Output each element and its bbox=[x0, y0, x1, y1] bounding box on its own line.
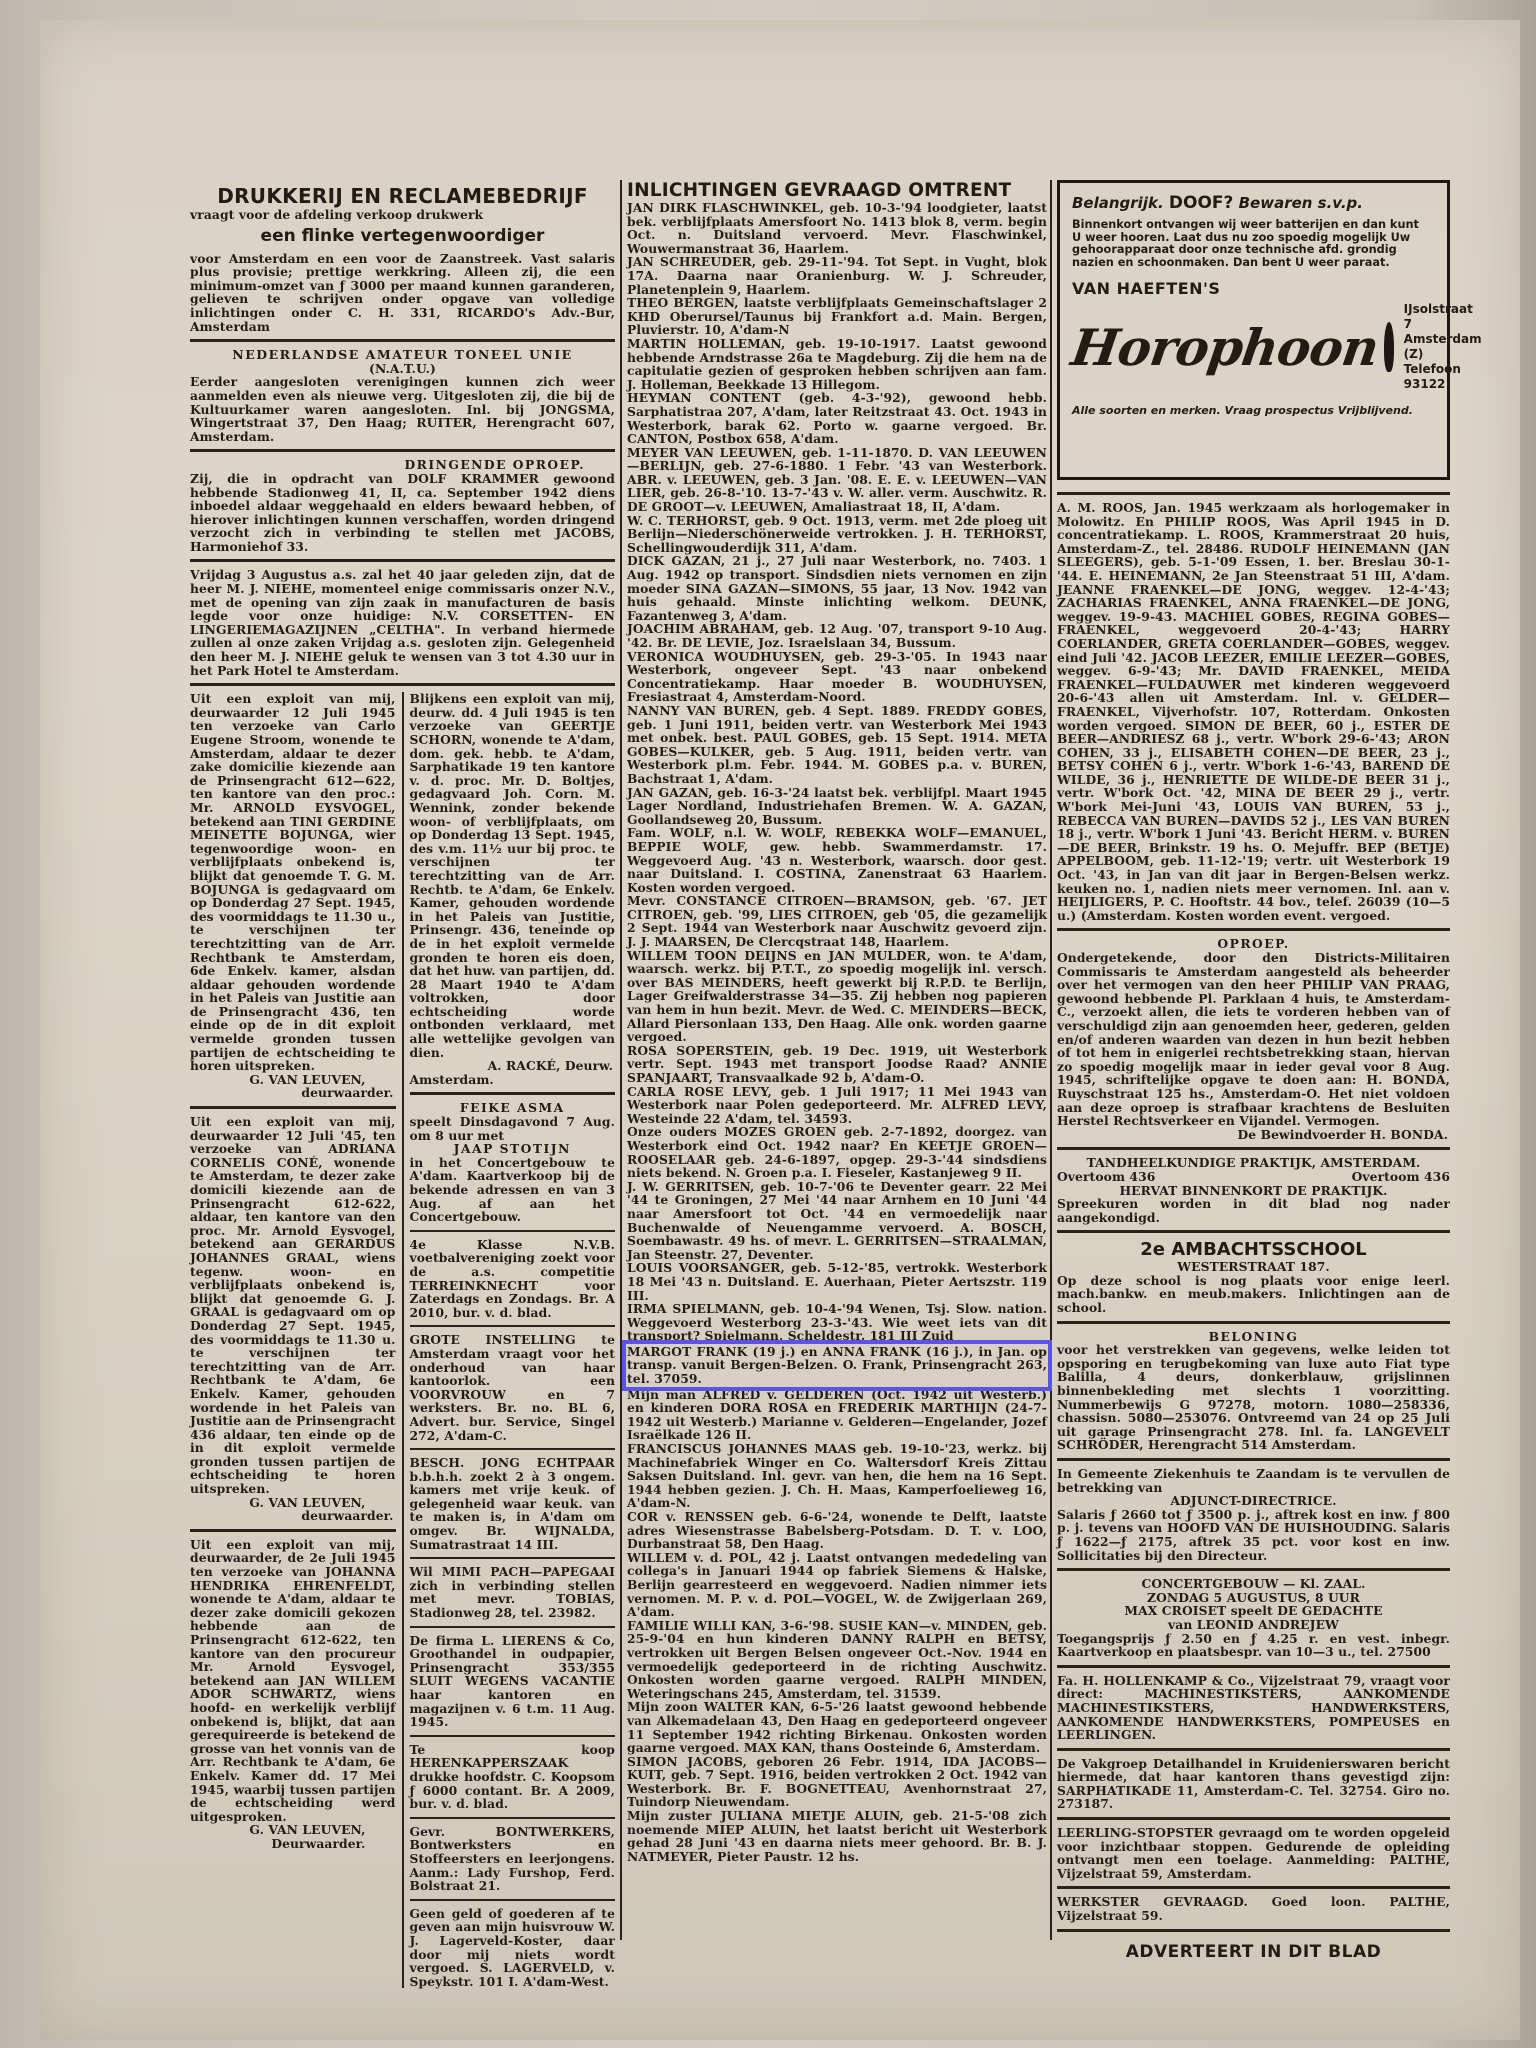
exploit-1-body: Uit een exploit van mij, deurwaarder 12 … bbox=[190, 692, 396, 1073]
leerling-ad: LEERLING-STOPSTER gevraagd om te worden … bbox=[1057, 1826, 1450, 1880]
inlichtingen-entry: Fam. WOLF, n.l. W. WOLF, REBEKKA WOLF—EM… bbox=[627, 826, 1047, 894]
lierens-ad: De firma L. LIERENS & Co, Groothandel in… bbox=[410, 1634, 616, 1729]
nvb-ad: 4e Klasse N.V.B. voetbalvereniging zoekt… bbox=[410, 1238, 616, 1320]
exploit-1-role: deurwaarder. bbox=[190, 1086, 396, 1100]
ad-horophoon-body: Binnenkort ontvangen wij weer batterijen… bbox=[1072, 219, 1435, 269]
ad-oproep: DRINGENDE OPROEP. Zij, die in opdracht v… bbox=[190, 458, 615, 553]
address-line-2: Amsterdam (Z) bbox=[1404, 332, 1482, 362]
divider bbox=[1057, 1929, 1450, 1932]
schorn-notice: Blijkens een exploit van mij, deurw. dd.… bbox=[410, 692, 616, 1059]
newspaper-page: DRUKKERIJ EN RECLAMEBEDRIJF vraagt voor … bbox=[40, 20, 1520, 2040]
ad-horophoon-address: IJsolstraat 7 Amsterdam (Z) Telefoon 931… bbox=[1404, 302, 1482, 392]
bontwerkers-ad: Gevr. BONTWERKERS, Bontwerksters en Stof… bbox=[410, 1825, 616, 1893]
divider bbox=[190, 449, 615, 452]
exploit-1-signature: G. VAN LEUVEN, bbox=[190, 1073, 396, 1087]
column-3: Belangrijk. DOOF? Bewaren s.v.p. Binnenk… bbox=[1057, 170, 1450, 1962]
zaandam-title: ADJUNCT-DIRECTRICE. bbox=[1057, 1494, 1450, 1508]
ad-horophoon-lead: Belangrijk. DOOF? Bewaren s.v.p. bbox=[1072, 193, 1435, 213]
divider bbox=[1057, 1748, 1450, 1751]
exploit-3-body: Uit een exploit van mij, deurwaarder, de… bbox=[190, 1538, 396, 1823]
column-rule bbox=[620, 180, 622, 1940]
ambacht-subtitle: WESTERSTRAAT 187. bbox=[1057, 1260, 1450, 1274]
footer-advertise: ADVERTEERT IN DIT BLAD bbox=[1057, 1942, 1450, 1962]
ad-natu-title: NEDERLANDSE AMATEUR TONEEL UNIE bbox=[190, 348, 615, 362]
address-line-1: IJsolstraat 7 bbox=[1404, 302, 1482, 332]
divider bbox=[190, 559, 615, 562]
vakgroep-ad: De Vakgroep Detailhandel in Kruideniersw… bbox=[1057, 1757, 1450, 1811]
tandheel-center: HERVAT BINNENKORT DE PRAKTIJK. bbox=[1057, 1184, 1450, 1198]
divider bbox=[410, 1817, 616, 1819]
inlichtingen-list-continued: Mijn man ALFRED v. GELDEREN (Oct. 1942 u… bbox=[627, 1388, 1047, 1864]
ad-lead-prefix: Belangrijk. bbox=[1072, 194, 1164, 212]
inlichtingen-entry: SIMON JACOBS, geboren 26 Febr. 1914, IDA… bbox=[627, 1755, 1047, 1809]
legal-notices-right: Blijkens een exploit van mij, deurw. dd.… bbox=[404, 692, 616, 1988]
herenkap-ad: Te koop HERENKAPPERSZAAK drukke hoofdstr… bbox=[410, 1743, 616, 1811]
werkster-ad: WERKSTER GEVRAAGD. Goed loon. PALTHE, Vi… bbox=[1057, 1895, 1450, 1922]
ad-drukkerij-title: DRUKKERIJ EN RECLAMEBEDRIJF bbox=[190, 184, 615, 208]
inlichtingen-list: JAN DIRK FLASCHWINKEL, geb. 10-3-'94 loo… bbox=[627, 201, 1047, 1343]
ad-horophoon-footer: Alle soorten en merken. Vraag prospectus… bbox=[1072, 404, 1435, 417]
inlichtingen-entry: THEO BERGEN, laatste verblijfplaats Geme… bbox=[627, 296, 1047, 337]
besch-ad: BESCH. JONG ECHTPAAR b.b.h.h. zoekt 2 à … bbox=[410, 1456, 616, 1551]
inlichtingen-entry: HEYMAN CONTENT (geb. 4-3-'92), gewoond h… bbox=[627, 391, 1047, 445]
oproep-2-signature: De Bewindvoerder H. BONDA. bbox=[1057, 1128, 1450, 1142]
ear-icon bbox=[1384, 322, 1394, 372]
legal-notices-block: Uit een exploit van mij, deurwaarder 12 … bbox=[190, 692, 615, 1988]
ad-niehe-body: Vrijdag 3 Augustus a.s. zal het 40 jaar … bbox=[190, 568, 615, 677]
frank-entry-highlighted[interactable]: MARGOT FRANK (19 j.) en ANNA FRANK (16 j… bbox=[627, 1345, 1047, 1386]
inlichtingen-entry: COR v. RENSSEN geb. 6-6-'24, wonende te … bbox=[627, 1510, 1047, 1551]
legal-notices-left: Uit een exploit van mij, deurwaarder 12 … bbox=[190, 692, 404, 1988]
ad-drukkerij-headline: een flinke vertegenwoordiger bbox=[190, 226, 615, 246]
concert-line-2: ZONDAG 5 AUGUSTUS, 8 UUR bbox=[1057, 1591, 1450, 1605]
ad-niehe: Vrijdag 3 Augustus a.s. zal het 40 jaar … bbox=[190, 568, 615, 677]
inlichtingen-entry: FRANCISCUS JOHANNES MAAS geb. 19-10-'23,… bbox=[627, 1442, 1047, 1510]
divider bbox=[190, 1106, 396, 1109]
schorn-place: Amsterdam. bbox=[410, 1073, 616, 1087]
inlichtingen-entry: Onze ouders MOZES GROEN geb. 2-7-1892, d… bbox=[627, 1125, 1047, 1179]
page-content: DRUKKERIJ EN RECLAMEBEDRIJF vraagt voor … bbox=[190, 170, 1450, 2048]
divider bbox=[1057, 928, 1450, 931]
inlichtingen-entry: JAN SCHREUDER, geb. 29-11-'94. Tot Sept.… bbox=[627, 255, 1047, 296]
ad-horophoon-logo-row: Horophoon IJsolstraat 7 Amsterdam (Z) Te… bbox=[1072, 302, 1435, 392]
inlichtingen-entry: MEYER VAN LEEUWEN, geb. 1-11-1870. D. VA… bbox=[627, 446, 1047, 514]
divider bbox=[1057, 1665, 1450, 1668]
inlichtingen-entry: J. W. GERRITSEN, geb. 10-7-'06 te Devent… bbox=[627, 1180, 1047, 1262]
ad-drukkerij-body: voor Amsterdam en een voor de Zaanstreek… bbox=[190, 252, 615, 334]
oproep-2-body: Ondergetekende, door den Districts-Milit… bbox=[1057, 951, 1450, 1128]
tandheel-address-row: Overtoom 436 Overtoom 436 bbox=[1057, 1170, 1450, 1184]
ad-drukkerij-subtitle: vraagt voor de afdeling verkoop drukwerk bbox=[190, 208, 615, 222]
divider bbox=[1057, 1568, 1450, 1571]
ad-lead-suffix: Bewaren s.v.p. bbox=[1239, 194, 1363, 212]
divider bbox=[410, 1230, 616, 1232]
divider bbox=[410, 1448, 616, 1450]
column-2: INLICHTINGEN GEVRAAGD OMTRENT JAN DIRK F… bbox=[627, 170, 1047, 1863]
divider bbox=[1057, 1817, 1450, 1820]
exploit-3-signature: G. VAN LEUVEN, bbox=[190, 1823, 396, 1837]
hollenkamp-ad: Fa. H. HOLLENKAMP & Co., Vijzelstraat 79… bbox=[1057, 1674, 1450, 1742]
phone: Telefoon 93122 bbox=[1404, 362, 1482, 392]
divider bbox=[1057, 1230, 1450, 1233]
inlichtingen-entry: VERONICA WOUDHUYSEN, geb. 29-3-'05. In 1… bbox=[627, 650, 1047, 704]
concert-body: Toegangsprijs ƒ 2.50 en ƒ 4.25 r. en ves… bbox=[1057, 1632, 1450, 1659]
divider bbox=[1057, 1458, 1450, 1461]
inlichtingen-entry: IRMA SPIELMANN, geb. 10-4-'94 Wenen, Tsj… bbox=[627, 1302, 1047, 1343]
inlichtingen-entry: CARLA ROSE LEVY, geb. 1 Juli 1917; 11 Me… bbox=[627, 1085, 1047, 1126]
divider bbox=[190, 683, 615, 686]
oproep-2-title: OPROEP. bbox=[1057, 937, 1450, 951]
inlichtingen-entry: W. C. TERHORST, geb. 9 Oct. 1913, verm. … bbox=[627, 514, 1047, 555]
zaandam-intro: In Gemeente Ziekenhuis te Zaandam is te … bbox=[1057, 1467, 1450, 1494]
ambacht-title: 2e AMBACHTSSCHOOL bbox=[1057, 1239, 1450, 1260]
schorn-signature: A. RACKÉ, Deurw. bbox=[410, 1059, 616, 1073]
concert-line-3: MAX CROISET speelt DE GEDACHTE bbox=[1057, 1604, 1450, 1618]
concert-title: CONCERTGEBOUW — Kl. ZAAL. bbox=[1057, 1577, 1450, 1591]
inlichtingen-entry: ROSA SOPERSTEIN, geb. 19 Dec. 1919, uit … bbox=[627, 1044, 1047, 1085]
ad-natu-body: Eerder aangesloten verenigingen kunnen z… bbox=[190, 375, 615, 443]
tandheel-title: TANDHEELKUNDIGE PRAKTIJK, AMSTERDAM. bbox=[1057, 1156, 1450, 1170]
ad-natu: NEDERLANDSE AMATEUR TONEEL UNIE (N.A.T.U… bbox=[190, 348, 615, 443]
inlichtingen-entry: FAMILIE WILLI KAN, 3-6-'98. SUSIE KAN—v.… bbox=[627, 1619, 1047, 1701]
inlichtingen-entry: WILLEM v. d. POL, 42 j. Laatst ontvangen… bbox=[627, 1551, 1047, 1619]
divider bbox=[1057, 492, 1450, 495]
exploit-2-body: Uit een exploit van mij, deurwaarder 12 … bbox=[190, 1115, 396, 1496]
tandheel-right: Overtoom 436 bbox=[1352, 1170, 1450, 1184]
ad-horophoon: Belangrijk. DOOF? Bewaren s.v.p. Binnenk… bbox=[1057, 180, 1450, 480]
divider bbox=[410, 1092, 616, 1095]
ambacht-body: Op deze school is nog plaats voor enige … bbox=[1057, 1274, 1450, 1315]
inlichtingen-entry: NANNY VAN BUREN, geb. 4 Sept. 1889. FRED… bbox=[627, 704, 1047, 786]
divider bbox=[410, 1899, 616, 1901]
asma-title: FEIKE ASMA bbox=[410, 1101, 616, 1115]
ad-drukkerij: DRUKKERIJ EN RECLAMEBEDRIJF vraagt voor … bbox=[190, 184, 615, 333]
column-1: DRUKKERIJ EN RECLAMEBEDRIJF vraagt voor … bbox=[190, 170, 615, 1988]
divider bbox=[410, 1325, 616, 1327]
backing-board: DRUKKERIJ EN RECLAMEBEDRIJF vraagt voor … bbox=[0, 0, 1536, 2048]
tandheel-left: Overtoom 436 bbox=[1057, 1170, 1155, 1184]
divider bbox=[190, 339, 615, 342]
zaandam-body: Salaris ƒ 2660 tot ƒ 3500 p. j., aftrek … bbox=[1057, 1508, 1450, 1562]
divider bbox=[1057, 1321, 1450, 1324]
inlichtingen-entry: LOUIS VOORSANGER, geb. 5-12-'85, vertrok… bbox=[627, 1261, 1047, 1302]
column-rule bbox=[1050, 180, 1052, 1940]
inlichtingen-entry: JAN GAZAN, geb. 16-3-'24 laatst bek. ver… bbox=[627, 786, 1047, 827]
divider bbox=[1057, 1147, 1450, 1150]
asma-body-2: in het Concertgebouw te A'dam. Kaartverk… bbox=[410, 1156, 616, 1224]
divider bbox=[190, 1529, 396, 1532]
inlichtingen-entry: Mevr. CONSTANCE CITROEN—BRAMSON, geb. '6… bbox=[627, 894, 1047, 948]
beloning-body: voor het verstrekken van gegevens, welke… bbox=[1057, 1343, 1450, 1452]
inlichtingen-entry: Mijn man ALFRED v. GELDEREN (Oct. 1942 u… bbox=[627, 1388, 1047, 1442]
inlichtingen-entry: WILLEM TOON DEIJNS en JAN MULDER, won. t… bbox=[627, 949, 1047, 1044]
beloning-title: BELONING bbox=[1057, 1330, 1450, 1344]
ad-oproep-title: DRINGENDE OPROEP. bbox=[190, 458, 615, 472]
divider bbox=[1057, 1886, 1450, 1889]
ad-oproep-body: Zij, die in opdracht van DOLF KRAMMER ge… bbox=[190, 472, 615, 554]
grote-instelling-ad: GROTE INSTELLING te Amsterdam vraagt voo… bbox=[410, 1333, 616, 1442]
inlichtingen-entry: JAN DIRK FLASCHWINKEL, geb. 10-3-'94 loo… bbox=[627, 201, 1047, 255]
ad-natu-abbr: (N.A.T.U.) bbox=[190, 362, 615, 376]
divider bbox=[410, 1557, 616, 1559]
inlichtingen-entry: JOACHIM ABRAHAM, geb. 12 Aug. '07, trans… bbox=[627, 622, 1047, 649]
mimi-ad: Wil MIMI PACH—PAPEGAAI zich in verbindin… bbox=[410, 1565, 616, 1619]
exploit-2-role: deurwaarder. bbox=[190, 1509, 396, 1523]
asma-body: speelt Dinsdagavond 7 Aug. om 8 uur met bbox=[410, 1115, 616, 1142]
divider bbox=[410, 1735, 616, 1737]
inlichtingen-entry: DICK GAZAN, 21 j., 27 Juli naar Westerbo… bbox=[627, 554, 1047, 622]
inlichtingen-title: INLICHTINGEN GEVRAAGD OMTRENT bbox=[627, 180, 1047, 201]
exploit-3-role: Deurwaarder. bbox=[190, 1837, 396, 1851]
inlichtingen-entry: MARTIN HOLLEMAN, geb. 19-10-1917. Laatst… bbox=[627, 337, 1047, 391]
ad-horophoon-brand: VAN HAEFTEN'S bbox=[1072, 279, 1435, 298]
inlichtingen-entry: Mijn zoon WALTER KAN, 6-5-'26 laatst gew… bbox=[627, 1700, 1047, 1754]
divider bbox=[410, 1626, 616, 1628]
concert-line-4: van LEONID ANDREJEW bbox=[1057, 1618, 1450, 1632]
asma-name: JAAP STOTIJN bbox=[410, 1142, 616, 1156]
horophoon-logo: Horophoon bbox=[1068, 318, 1382, 377]
ad-lead-doof: DOOF? bbox=[1169, 193, 1234, 213]
roos-notices: A. M. ROOS, Jan. 1945 werkzaam als horlo… bbox=[1057, 501, 1450, 922]
inlichtingen-entry: Mijn zuster JULIANA MIETJE ALUIN, geb. 2… bbox=[627, 1809, 1047, 1863]
exploit-2-signature: G. VAN LEUVEN, bbox=[190, 1496, 396, 1510]
tandheel-body: Spreekuren worden in dit blad nog nader … bbox=[1057, 1197, 1450, 1224]
goederen-ad: Geen geld of goederen af te geven aan mi… bbox=[410, 1907, 616, 1989]
